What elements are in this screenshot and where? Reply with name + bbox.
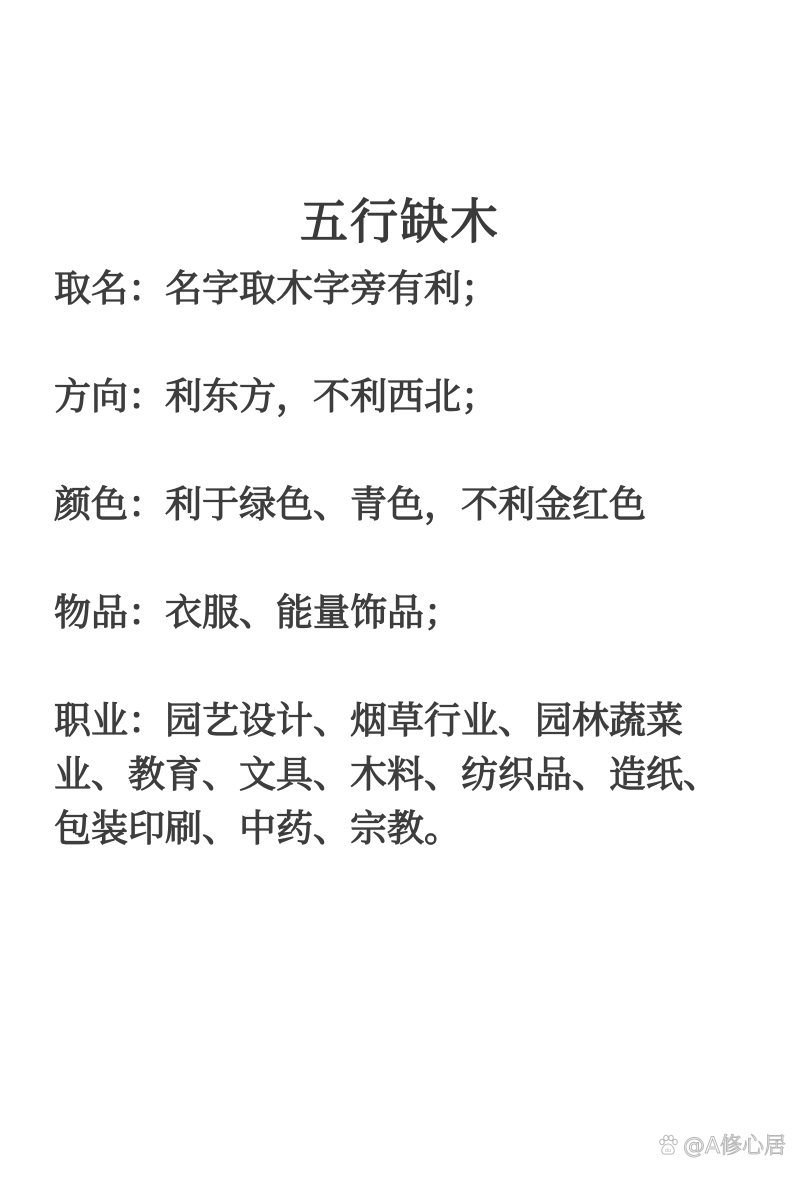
- section-career: 职业：园艺设计、烟草行业、园林蔬菜业、教育、文具、木料、纺织品、造纸、包装印刷、…: [54, 694, 754, 856]
- section-label: 取名：: [54, 267, 165, 310]
- section-label: 颜色：: [54, 483, 165, 526]
- section-naming: 取名：名字取木字旁有利；: [54, 262, 754, 316]
- watermark: du @A修心居: [657, 1129, 786, 1160]
- section-label: 方向：: [54, 375, 165, 418]
- section-items: 物品：衣服、能量饰品；: [54, 586, 754, 640]
- page-title: 五行缺木: [0, 190, 800, 254]
- section-value: 名字取木字旁有利；: [165, 267, 498, 310]
- svg-text:du: du: [665, 1148, 671, 1154]
- section-value: 衣服、能量饰品；: [165, 591, 461, 634]
- section-label: 职业：: [54, 699, 165, 742]
- watermark-text: @A修心居: [683, 1129, 786, 1160]
- section-value: 利于绿色、青色，不利金红色: [165, 483, 646, 526]
- document-body: 取名：名字取木字旁有利； 方向：利东方，不利西北； 颜色：利于绿色、青色，不利金…: [54, 262, 754, 856]
- section-value: 利东方，不利西北；: [165, 375, 498, 418]
- section-color: 颜色：利于绿色、青色，不利金红色: [54, 478, 754, 532]
- section-label: 物品：: [54, 591, 165, 634]
- baidu-paw-icon: du: [657, 1134, 679, 1156]
- section-direction: 方向：利东方，不利西北；: [54, 370, 754, 424]
